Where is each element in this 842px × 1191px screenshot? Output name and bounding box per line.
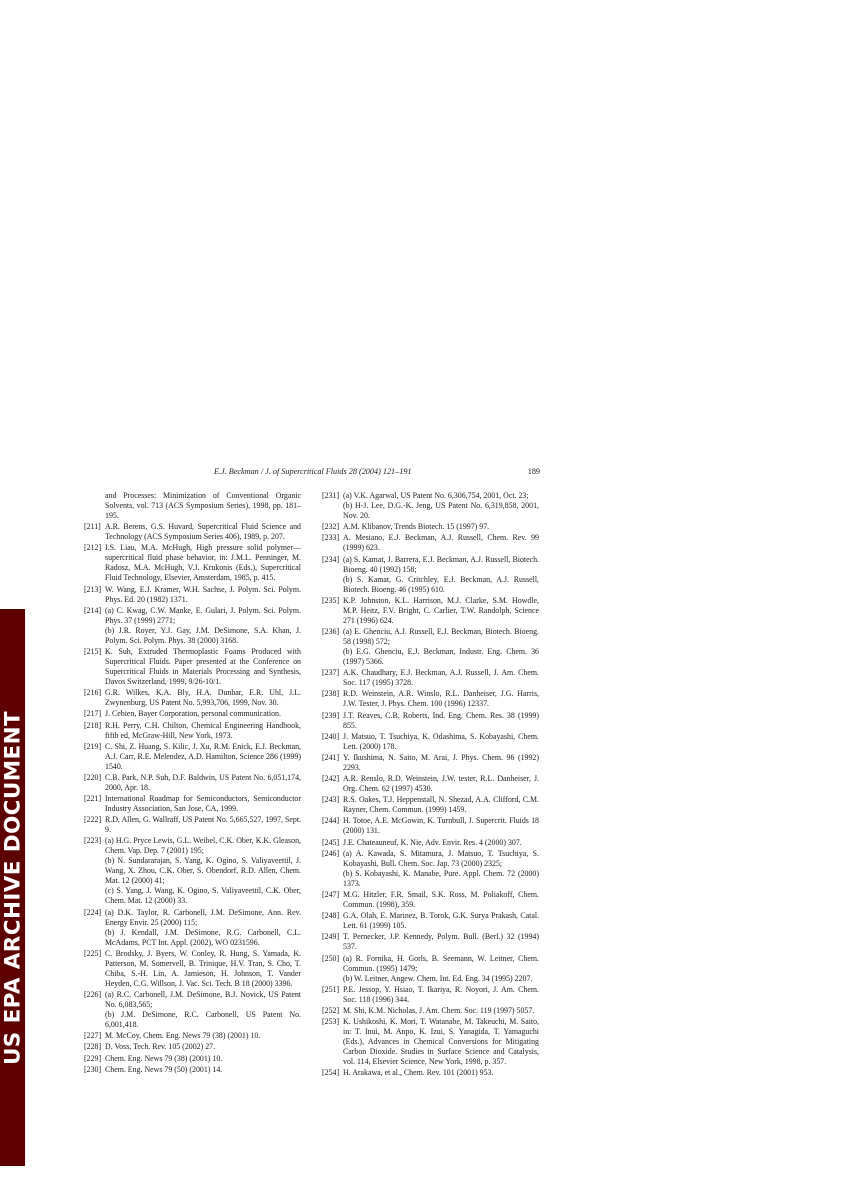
reference-text: T. Pernecker, J.P. Kennedy, Polym. Bull.…	[343, 932, 539, 952]
reference-text: K. Ushikoshi, K. Mori, T. Watanabe, M. T…	[343, 1017, 539, 1067]
reference-entry: [241]Y. Ikushima, N. Saito, M. Arai, J. …	[322, 753, 539, 773]
reference-entry: [247]M.G. Hitzler, F.R. Smail, S.K. Ross…	[322, 890, 539, 910]
reference-entry: [219]C. Shi, Z. Huang, S. Kilic, J. Xu, …	[84, 742, 301, 772]
reference-entry: [243]R.S. Oakes, T.J. Heppenstall, N. Sh…	[322, 795, 539, 815]
reference-number: [216]	[84, 688, 101, 698]
reference-entry: [232]A.M. Klibanov, Trends Biotech. 15 (…	[322, 522, 539, 532]
reference-text: M.G. Hitzler, F.R. Smail, S.K. Ross, M. …	[343, 890, 539, 910]
reference-text: (a) E. Ghenciu, A.J. Russell, E.J. Beckm…	[343, 627, 539, 647]
reference-entry: [212]I.S. Liau, M.A. McHugh, High pressu…	[84, 543, 301, 583]
reference-text: R.D. Allen, G. Wallraff, US Patent No. 5…	[105, 815, 301, 835]
reference-number: [219]	[84, 742, 101, 752]
reference-number: [248]	[322, 911, 339, 921]
reference-entry: [245]J.E. Chateauneuf, K. Nie, Adv. Envi…	[322, 838, 539, 848]
reference-text: K. Suh, Extruded Thermoplastic Foams Pro…	[105, 647, 301, 687]
reference-entry: [244]H. Totoe, A.E. McGowin, K. Turnbull…	[322, 816, 539, 836]
reference-text: (a) R.C. Carbonell, J.M. DeSimone, B.J. …	[105, 990, 301, 1010]
reference-number: [251]	[322, 985, 339, 995]
reference-number: [235]	[322, 596, 339, 606]
reference-number: [252]	[322, 1006, 339, 1016]
reference-text: W. Wang, E.J. Kramer, W.H. Sachse, J. Po…	[105, 585, 301, 605]
reference-text: C.B. Park, N.P. Suh, D.F. Baldwin, US Pa…	[105, 773, 301, 793]
reference-number: [245]	[322, 838, 339, 848]
reference-entry: [214](a) C. Kwag, C.W. Manke, E. Gulari,…	[84, 606, 301, 646]
reference-entry: [221]International Roadmap for Semicondu…	[84, 794, 301, 814]
reference-text: R.S. Oakes, T.J. Heppenstall, N. Shezad,…	[343, 795, 539, 815]
running-title: E.J. Beckman / J. of Supercritical Fluid…	[214, 467, 412, 476]
reference-entry: [222]R.D. Allen, G. Wallraff, US Patent …	[84, 815, 301, 835]
reference-text: J. Cebien, Bayer Corporation, personal c…	[105, 709, 301, 719]
reference-text: H. Totoe, A.E. McGowin, K. Turnbull, J. …	[343, 816, 539, 836]
reference-entry: [230]Chem. Eng. News 79 (50) (2001) 14.	[84, 1065, 301, 1075]
reference-entry: [235]K.P. Johnston, K.L. Harrison, M.J. …	[322, 596, 539, 626]
reference-number: [215]	[84, 647, 101, 657]
reference-number: [243]	[322, 795, 339, 805]
reference-entry: [225]C. Brodsky, J. Byers, W. Conley, R.…	[84, 949, 301, 989]
reference-number: [234]	[322, 555, 339, 565]
reference-entry: [224](a) D.K. Taylor, R. Carbonell, J.M.…	[84, 908, 301, 948]
reference-number: [232]	[322, 522, 339, 532]
reference-text: (b) S. Kobayashi, K. Manabe, Pure. Appl.…	[343, 869, 539, 889]
reference-number: [220]	[84, 773, 101, 783]
reference-text: (b) J.R. Royer, Y.J. Gay, J.M. DeSimone,…	[105, 626, 301, 646]
reference-number: [212]	[84, 543, 101, 553]
reference-text: J. Matsuo, T. Tsuchiya, K. Odashima, S. …	[343, 732, 539, 752]
reference-entry: [217]J. Cebien, Bayer Corporation, perso…	[84, 709, 301, 719]
reference-text: A.M. Klibanov, Trends Biotech. 15 (1997)…	[343, 522, 539, 532]
reference-text: (b) N. Sundararajan, S. Yang, K. Ogino, …	[105, 856, 301, 886]
reference-number: [214]	[84, 606, 101, 616]
reference-entry: [228]D. Voss, Tech. Rev. 105 (2002) 27.	[84, 1042, 301, 1052]
reference-number: [225]	[84, 949, 101, 959]
reference-entry: [237]A.K. Chaudhary, E.J. Beckman, A.J. …	[322, 668, 539, 688]
reference-entry: [246](a) A. Kawada, S. Mitamura, J. Mats…	[322, 849, 539, 889]
reference-number: [244]	[322, 816, 339, 826]
reference-entry: [220]C.B. Park, N.P. Suh, D.F. Baldwin, …	[84, 773, 301, 793]
reference-entry: [251]P.E. Jessop, Y. Hsiao, T. Ikariya, …	[322, 985, 539, 1005]
reference-text: (b) H-J. Lee, D.G.-K. Jeng, US Patent No…	[343, 501, 539, 521]
reference-text: G.A. Olah, E. Marinez, B. Torok, G.K. Su…	[343, 911, 539, 931]
reference-entry: [226](a) R.C. Carbonell, J.M. DeSimone, …	[84, 990, 301, 1030]
reference-number: [226]	[84, 990, 101, 1000]
references-left-column: and Processes: Minimization of Conventio…	[84, 491, 301, 1076]
references-right-column: [231](a) V.K. Agarwal, US Patent No. 6,3…	[322, 491, 539, 1080]
reference-entry: [248]G.A. Olah, E. Marinez, B. Torok, G.…	[322, 911, 539, 931]
reference-text: C. Shi, Z. Huang, S. Kilic, J. Xu, R.M. …	[105, 742, 301, 772]
reference-number: [218]	[84, 721, 101, 731]
reference-entry: [236](a) E. Ghenciu, A.J. Russell, E.J. …	[322, 627, 539, 667]
reference-text: C. Brodsky, J. Byers, W. Conley, R. Hung…	[105, 949, 301, 989]
reference-number: [239]	[322, 711, 339, 721]
epa-archive-banner: US EPA ARCHIVE DOCUMENT	[0, 609, 25, 1166]
reference-text: P.E. Jessop, Y. Hsiao, T. Ikariya, R. No…	[343, 985, 539, 1005]
reference-text: (a) S. Kamat, J. Barrera, E.J. Beckman, …	[343, 555, 539, 575]
reference-text: (b) J. Kendall, J.M. DeSimone, R.G. Carb…	[105, 928, 301, 948]
reference-text: (a) R. Fornika, H. Gorls, B. Seemann, W.…	[343, 954, 539, 974]
reference-number: [254]	[322, 1068, 339, 1078]
reference-text: M. McCoy, Chem. Eng. News 79 (38) (2001)…	[105, 1031, 301, 1041]
reference-entry: [253]K. Ushikoshi, K. Mori, T. Watanabe,…	[322, 1017, 539, 1067]
page-number: 189	[528, 467, 540, 476]
reference-text: M. Shi, K.M. Nicholas, J. Am. Chem. Soc.…	[343, 1006, 539, 1016]
reference-entry: [227]M. McCoy, Chem. Eng. News 79 (38) (…	[84, 1031, 301, 1041]
reference-text: A.R. Renslo, R.D. Weinstein, J.W. tester…	[343, 774, 539, 794]
reference-entry: [213]W. Wang, E.J. Kramer, W.H. Sachse, …	[84, 585, 301, 605]
reference-text: A.R. Berens, G.S. Huvard, Supercritical …	[105, 522, 301, 542]
reference-text: and Processes: Minimization of Conventio…	[105, 491, 301, 521]
reference-entry: and Processes: Minimization of Conventio…	[84, 491, 301, 521]
reference-number: [250]	[322, 954, 339, 964]
reference-text: (b) S. Kamat, G. Critchley, E.J. Beckman…	[343, 575, 539, 595]
reference-text: G.R. Wilkes, K.A. Bly, H.A. Dunbar, E.R.…	[105, 688, 301, 708]
reference-number: [237]	[322, 668, 339, 678]
reference-entry: [240]J. Matsuo, T. Tsuchiya, K. Odashima…	[322, 732, 539, 752]
reference-entry: [234](a) S. Kamat, J. Barrera, E.J. Beck…	[322, 555, 539, 595]
reference-entry: [216]G.R. Wilkes, K.A. Bly, H.A. Dunbar,…	[84, 688, 301, 708]
reference-number: [223]	[84, 836, 101, 846]
reference-text: R.D. Weinstein, A.R. Winslo, R.L. Danhei…	[343, 689, 539, 709]
reference-number: [227]	[84, 1031, 101, 1041]
reference-number: [211]	[84, 522, 101, 532]
reference-text: A. Mesiano, E.J. Beckman, A.J. Russell, …	[343, 533, 539, 553]
reference-entry: [238]R.D. Weinstein, A.R. Winslo, R.L. D…	[322, 689, 539, 709]
reference-entry: [250](a) R. Fornika, H. Gorls, B. Seeman…	[322, 954, 539, 984]
reference-entry: [231](a) V.K. Agarwal, US Patent No. 6,3…	[322, 491, 539, 521]
reference-number: [247]	[322, 890, 339, 900]
reference-number: [236]	[322, 627, 339, 637]
reference-entry: [254]H. Arakawa, et al., Chem. Rev. 101 …	[322, 1068, 539, 1078]
reference-text: (a) H.G. Pryce Lewis, G.L. Weibel, C.K. …	[105, 836, 301, 856]
reference-entry: [252]M. Shi, K.M. Nicholas, J. Am. Chem.…	[322, 1006, 539, 1016]
reference-text: J.T. Reaves, C.B. Roberts, Ind. Eng. Che…	[343, 711, 539, 731]
reference-entry: [229]Chem. Eng. News 79 (38) (2001) 10.	[84, 1054, 301, 1064]
reference-number: [222]	[84, 815, 101, 825]
reference-text: J.E. Chateauneuf, K. Nie, Adv. Envir. Re…	[343, 838, 539, 848]
reference-text: (b) W. Leitner, Angew. Chem. Int. Ed. En…	[343, 974, 539, 984]
epa-archive-banner-text: US EPA ARCHIVE DOCUMENT	[0, 710, 25, 1064]
reference-text: (b) E.G. Ghenciu, E.J. Beckman, Industr.…	[343, 647, 539, 667]
reference-number: [221]	[84, 794, 101, 804]
reference-text: I.S. Liau, M.A. McHugh, High pressure so…	[105, 543, 301, 583]
reference-number: [229]	[84, 1054, 101, 1064]
reference-text: H. Arakawa, et al., Chem. Rev. 101 (2001…	[343, 1068, 539, 1078]
reference-number: [241]	[322, 753, 339, 763]
reference-number: [228]	[84, 1042, 101, 1052]
reference-text: (c) S. Yang, J. Wang, K. Ogino, S. Valiy…	[105, 886, 301, 906]
reference-text: International Roadmap for Semiconductors…	[105, 794, 301, 814]
reference-entry: [249]T. Pernecker, J.P. Kennedy, Polym. …	[322, 932, 539, 952]
reference-number: [231]	[322, 491, 339, 501]
reference-text: (a) V.K. Agarwal, US Patent No. 6,306,75…	[343, 491, 539, 501]
reference-number: [230]	[84, 1065, 101, 1075]
reference-number: [233]	[322, 533, 339, 543]
reference-number: [249]	[322, 932, 339, 942]
reference-entry: [211]A.R. Berens, G.S. Huvard, Supercrit…	[84, 522, 301, 542]
reference-text: (b) J.M. DeSimone, R.C. Carbonell, US Pa…	[105, 1010, 301, 1030]
reference-text: Chem. Eng. News 79 (50) (2001) 14.	[105, 1065, 301, 1075]
reference-text: D. Voss, Tech. Rev. 105 (2002) 27.	[105, 1042, 301, 1052]
reference-entry: [223](a) H.G. Pryce Lewis, G.L. Weibel, …	[84, 836, 301, 906]
reference-number: [213]	[84, 585, 101, 595]
reference-text: (a) D.K. Taylor, R. Carbonell, J.M. DeSi…	[105, 908, 301, 928]
reference-number: [242]	[322, 774, 339, 784]
reference-entry: [239]J.T. Reaves, C.B. Roberts, Ind. Eng…	[322, 711, 539, 731]
reference-number: [253]	[322, 1017, 339, 1027]
reference-entry: [218]R.H. Perry, C.H. Chilton, Chemical …	[84, 721, 301, 741]
reference-text: Y. Ikushima, N. Saito, M. Arai, J. Phys.…	[343, 753, 539, 773]
reference-text: A.K. Chaudhary, E.J. Beckman, A.J. Russe…	[343, 668, 539, 688]
reference-entry: [242]A.R. Renslo, R.D. Weinstein, J.W. t…	[322, 774, 539, 794]
reference-entry: [215]K. Suh, Extruded Thermoplastic Foam…	[84, 647, 301, 687]
reference-number: [224]	[84, 908, 101, 918]
reference-text: (a) A. Kawada, S. Mitamura, J. Matsuo, T…	[343, 849, 539, 869]
reference-text: R.H. Perry, C.H. Chilton, Chemical Engin…	[105, 721, 301, 741]
reference-number: [240]	[322, 732, 339, 742]
reference-text: Chem. Eng. News 79 (38) (2001) 10.	[105, 1054, 301, 1064]
running-header: E.J. Beckman / J. of Supercritical Fluid…	[84, 467, 540, 479]
reference-text: K.P. Johnston, K.L. Harrison, M.J. Clark…	[343, 596, 539, 626]
reference-text: (a) C. Kwag, C.W. Manke, E. Gulari, J. P…	[105, 606, 301, 626]
reference-entry: [233]A. Mesiano, E.J. Beckman, A.J. Russ…	[322, 533, 539, 553]
reference-number: [246]	[322, 849, 339, 859]
reference-number: [217]	[84, 709, 101, 719]
reference-number: [238]	[322, 689, 339, 699]
